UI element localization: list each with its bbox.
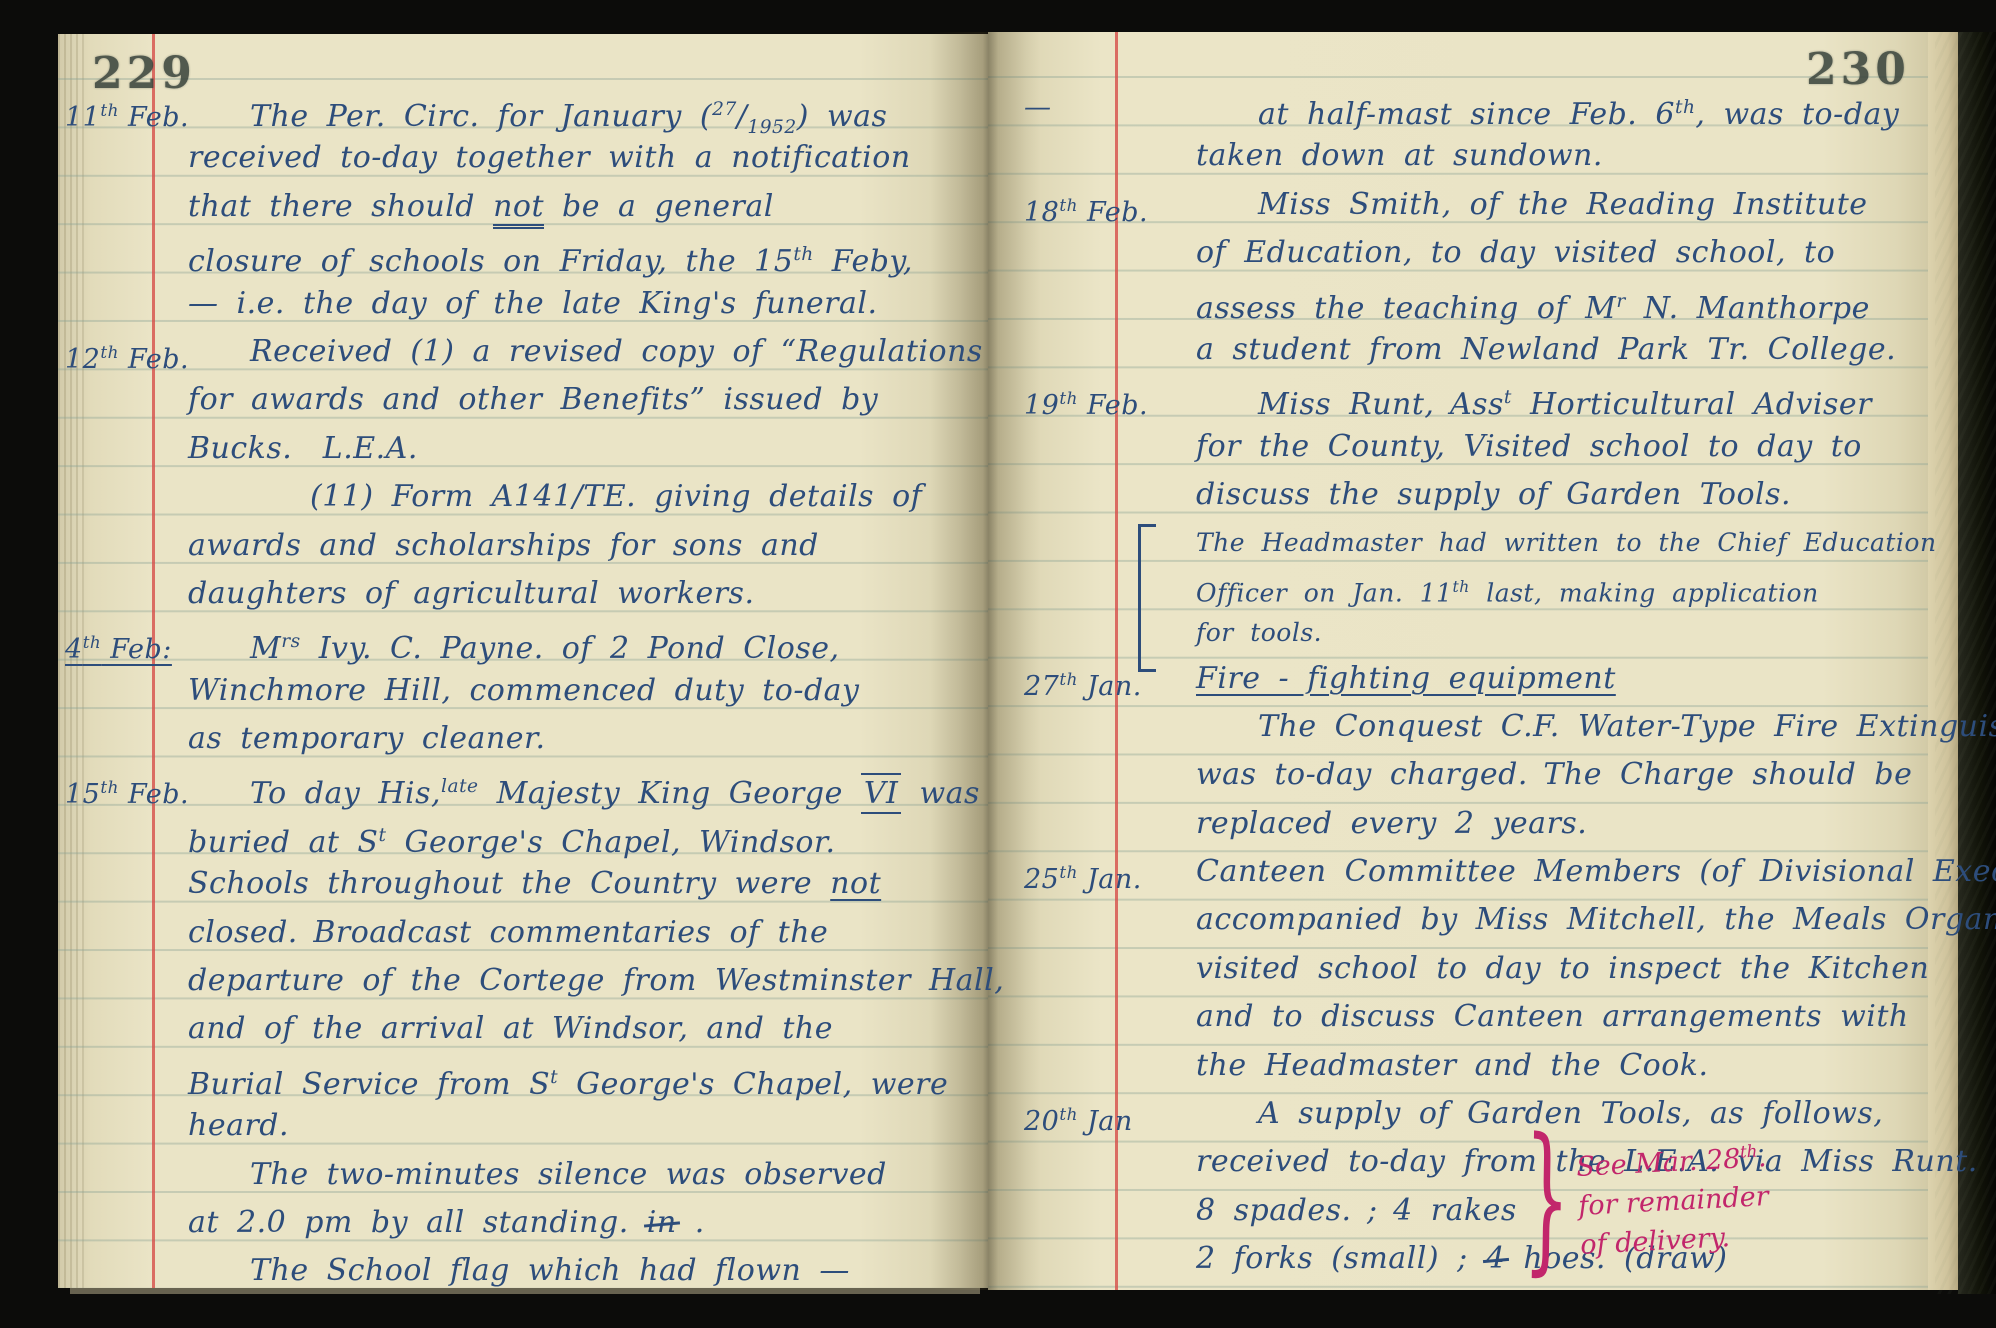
manuscript-line: assess the teaching of Mr N. Manthorpe (1196, 278, 1936, 326)
text-segment: not (493, 189, 544, 229)
manuscript-text: and of the arrival at Windsor, and the (188, 1005, 833, 1053)
text-segment: for tools. (1196, 618, 1322, 647)
text-segment: for awards and other Benefits” issued by (188, 382, 878, 417)
manuscript-text: Bucks. L.E.A. (188, 425, 418, 473)
manuscript-line: daughters of agricultural workers. (188, 570, 988, 618)
manuscript-line: a student from Newland Park Tr. College. (1196, 326, 1936, 374)
manuscript-text: at half-mast since Feb. 6th, was to-day (1258, 84, 1899, 139)
manuscript-line: and of the arrival at Windsor, and the (188, 1005, 988, 1053)
text-segment: 19 (1024, 390, 1059, 421)
text-segment: r (1616, 291, 1625, 312)
manuscript-line: heard. (188, 1102, 988, 1150)
manuscript-text: awards and scholarships for sons and (188, 522, 819, 570)
text-segment: — i.e. the day of the late King's funera… (188, 286, 878, 321)
red-annotation: See Mar. 28th.for remainderof delivery. (1575, 1131, 1772, 1265)
text-segment: M (250, 631, 281, 666)
manuscript-line: Winchmore Hill, commenced duty to-day (188, 667, 988, 715)
text-segment: Feb. (119, 779, 189, 810)
manuscript-text: taken down at sundown. (1196, 132, 1603, 180)
text-segment: Jan. (1078, 671, 1142, 702)
manuscript-text: Canteen Committee Members (of Divisional… (1196, 848, 1996, 896)
text-segment: th (1675, 97, 1695, 118)
text-segment: th (1739, 1141, 1758, 1162)
manuscript-text: 8 spades. ; 4 rakes (1196, 1187, 1517, 1235)
margin-date: 4th Feb: (65, 618, 185, 674)
manuscript-text: and to discuss Canteen arrangements with (1196, 993, 1909, 1041)
text-segment: departure of the Cortege from Westminste… (188, 963, 1004, 998)
text-segment: th (100, 100, 119, 120)
text-segment: 25 (1024, 864, 1059, 895)
text-segment: (11) Form A141/TE. giving details of (310, 479, 922, 514)
text-segment: th (1059, 862, 1078, 882)
text-segment: late (441, 776, 479, 797)
manuscript-line: buried at St George's Chapel, Windsor. (188, 812, 988, 860)
text-segment: was (901, 776, 980, 811)
manuscript-text: discuss the supply of Garden Tools. (1196, 471, 1791, 519)
text-segment: 20 (1024, 1106, 1059, 1137)
manuscript-text: heard. (188, 1102, 289, 1150)
manuscript-right: —at half-mast since Feb. 6th, was to-day… (1196, 84, 1936, 1284)
manuscript-text: — i.e. the day of the late King's funera… (188, 280, 878, 328)
margin-date: 15th Feb. (65, 763, 185, 819)
text-segment: 15 (65, 779, 100, 810)
manuscript-text: Miss Smith, of the Reading Institute (1258, 181, 1868, 229)
manuscript-line: 12th Feb.Received (1) a revised copy of … (188, 328, 988, 376)
text-segment: t (550, 1067, 558, 1088)
text-segment: Jan. (1078, 864, 1142, 895)
text-segment: Ivy. C. Payne. of 2 Pond Close, (301, 631, 840, 666)
manuscript-line: Bucks. L.E.A. (188, 425, 988, 473)
text-segment: Miss Runt, Ass (1258, 387, 1504, 422)
manuscript-line: departure of the Cortege from Westminste… (188, 957, 988, 1005)
text-segment: last, making application (1470, 578, 1819, 607)
text-segment: buried at S (188, 825, 378, 860)
text-segment: Fire - fighting equipment (1196, 661, 1616, 696)
manuscript-text: Burial Service from St George's Chapel, … (188, 1054, 948, 1109)
text-segment: a student from Newland Park Tr. College. (1196, 332, 1896, 367)
photo-frame-left (0, 0, 58, 1328)
manuscript-text: for tools. (1196, 610, 1322, 655)
manuscript-line: The Conquest C.F. Water-Type Fire Exting… (1196, 703, 1936, 751)
text-segment: 11 (65, 102, 100, 133)
text-segment: discuss the supply of Garden Tools. (1196, 477, 1791, 512)
margin-date: — (1024, 84, 1189, 132)
manuscript-text: received to-day together with a notifica… (188, 134, 911, 182)
manuscript-line: was to-day charged. The Charge should be (1196, 751, 1936, 799)
text-segment: th (1059, 195, 1078, 215)
text-segment: 8 spades. ; 4 rakes (1196, 1193, 1517, 1228)
manuscript-text: Schools throughout the Country were not (188, 860, 881, 908)
text-segment: th (1059, 388, 1078, 408)
text-segment: 27 (1024, 671, 1059, 702)
manuscript-text: accompanied by Miss Mitchell, the Meals … (1196, 896, 1996, 944)
binding-texture (1935, 0, 1996, 1328)
manuscript-line: Burial Service from St George's Chapel, … (188, 1054, 988, 1102)
manuscript-line: — i.e. the day of the late King's funera… (188, 280, 988, 328)
manuscript-text: The Headmaster had written to the Chief … (1196, 520, 1937, 565)
manuscript-text: The School flag which had flown — (250, 1247, 850, 1295)
text-segment: rs (281, 631, 300, 652)
text-segment: received to-day together with a notifica… (188, 140, 911, 175)
text-segment: George's Chapel, Windsor. (386, 825, 835, 860)
manuscript-line: Schools throughout the Country were not (188, 860, 988, 908)
margin-bracket (1138, 524, 1156, 672)
text-segment: Feb. (1078, 390, 1148, 421)
manuscript-line: for tools. (1196, 610, 1936, 655)
manuscript-text: Winchmore Hill, commenced duty to-day (188, 667, 860, 715)
manuscript-line: The two-minutes silence was observed (188, 1151, 988, 1199)
text-segment: . (1757, 1142, 1767, 1173)
manuscript-line: for the County, Visited school to day to (1196, 423, 1936, 471)
text-segment: 4 (65, 634, 83, 665)
text-segment: The Conquest C.F. Water-Type Fire Exting… (1258, 709, 1996, 744)
photo-frame-bottom (0, 1294, 1996, 1328)
manuscript-line: as temporary cleaner. (188, 715, 988, 763)
manuscript-text: for the County, Visited school to day to (1196, 423, 1862, 471)
manuscript-line: —at half-mast since Feb. 6th, was to-day (1196, 84, 1936, 132)
text-segment: closure of schools on Friday, the 15 (188, 244, 793, 279)
text-segment: 18 (1024, 197, 1059, 228)
text-segment: Majesty King George (479, 776, 861, 811)
text-segment: th (83, 632, 102, 652)
text-segment: as temporary cleaner. (188, 721, 546, 756)
manuscript-text: closed. Broadcast commentaries of the (188, 909, 828, 957)
manuscript-text: Mrs Ivy. C. Payne. of 2 Pond Close, (250, 618, 840, 673)
manuscript-line: awards and scholarships for sons and (188, 522, 988, 570)
manuscript-line: and to discuss Canteen arrangements with (1196, 993, 1936, 1041)
text-segment: Feb. (1078, 197, 1148, 228)
text-segment: not (830, 866, 881, 901)
manuscript-line: 25th Jan.Canteen Committee Members (of D… (1196, 848, 1936, 896)
manuscript-line: 15th Feb.To day His,late Majesty King Ge… (188, 763, 988, 811)
manuscript-text: replaced every 2 years. (1196, 800, 1587, 848)
manuscript-text: was to-day charged. The Charge should be (1196, 751, 1912, 799)
manuscript-left: 11th Feb.The Per. Circ. for January (27/… (188, 86, 988, 1296)
manuscript-text: Miss Runt, Asst Horticultural Adviser (1258, 374, 1872, 429)
text-segment: and to discuss Canteen arrangements with (1196, 999, 1909, 1034)
manuscript-line: 27th Jan.Fire - fighting equipment (1196, 655, 1936, 703)
manuscript-text: Fire - fighting equipment (1196, 655, 1616, 703)
margin-date: 27th Jan. (1024, 655, 1189, 711)
text-segment: Winchmore Hill, commenced duty to-day (188, 673, 860, 708)
text-segment: was to-day charged. The Charge should be (1196, 757, 1912, 792)
text-segment: Burial Service from S (188, 1067, 550, 1102)
manuscript-text: that there should not be a general (188, 183, 774, 231)
manuscript-text: Received (1) a revised copy of “Regulati… (250, 328, 983, 376)
text-segment: of Education, to day visited school, to (1196, 235, 1835, 270)
text-segment: . (677, 1205, 705, 1240)
text-segment: , was to-day (1695, 97, 1899, 132)
text-segment: To day His, (250, 776, 441, 811)
manuscript-line: closed. Broadcast commentaries of the (188, 909, 988, 957)
manuscript-line: visited school to day to inspect the Kit… (1196, 945, 1936, 993)
text-segment: th (100, 777, 119, 797)
text-segment: / (737, 99, 748, 134)
manuscript-text: as temporary cleaner. (188, 715, 546, 763)
text-segment: Officer on Jan. 11 (1196, 578, 1453, 607)
manuscript-text: closure of schools on Friday, the 15th F… (188, 231, 913, 286)
manuscript-line: 19th Feb.Miss Runt, Asst Horticultural A… (1196, 374, 1936, 422)
text-segment: daughters of agricultural workers. (188, 576, 754, 611)
text-segment: Canteen Committee Members (of Divisional… (1196, 854, 1996, 889)
text-segment: th (1059, 669, 1078, 689)
text-segment: for remainder (1578, 1181, 1770, 1222)
text-segment: 2 forks (small) ; (1196, 1241, 1486, 1276)
text-segment: Feb: (101, 634, 172, 665)
text-segment: t (1504, 387, 1512, 408)
text-segment: closed. Broadcast commentaries of the (188, 915, 828, 950)
text-segment: 12 (65, 344, 100, 375)
manuscript-line: (11) Form A141/TE. giving details of (188, 473, 988, 521)
manuscript-text: Officer on Jan. 11th last, making applic… (1196, 565, 1819, 615)
text-segment: ) was (797, 99, 888, 134)
manuscript-text: The Conquest C.F. Water-Type Fire Exting… (1258, 703, 1996, 751)
text-segment: Horticultural Adviser (1512, 387, 1872, 422)
red-brace: } (1523, 1116, 1571, 1279)
text-segment: The two-minutes silence was observed (250, 1157, 887, 1192)
text-segment: the Headmaster and the Cook. (1196, 1048, 1709, 1083)
text-segment: — (1024, 92, 1052, 123)
manuscript-line: closure of schools on Friday, the 15th F… (188, 231, 988, 279)
text-segment: 4 (1486, 1241, 1506, 1276)
text-segment: 27 (712, 99, 737, 120)
text-segment: and of the arrival at Windsor, and the (188, 1011, 833, 1046)
manuscript-text: for awards and other Benefits” issued by (188, 376, 878, 424)
text-segment: Received (1) a revised copy of “Regulati… (250, 334, 983, 369)
manuscript-line: 4th Feb:Mrs Ivy. C. Payne. of 2 Pond Clo… (188, 618, 988, 666)
manuscript-text: The two-minutes silence was observed (250, 1151, 887, 1199)
manuscript-text: visited school to day to inspect the Kit… (1196, 945, 1929, 993)
text-segment: in (647, 1205, 677, 1240)
text-segment: at half-mast since Feb. 6 (1258, 97, 1675, 132)
manuscript-line: The Headmaster had written to the Chief … (1196, 520, 1936, 565)
margin-date: 19th Feb. (1024, 374, 1189, 430)
text-segment: The Per. Circ. for January ( (250, 99, 712, 134)
text-segment: accompanied by Miss Mitchell, the Meals … (1196, 902, 1996, 937)
text-segment: VI (861, 773, 902, 814)
text-segment: th (100, 342, 119, 362)
text-segment: Feb. (119, 344, 189, 375)
text-segment: th (793, 244, 813, 265)
text-segment: Jan (1078, 1106, 1133, 1137)
logbook-photo: 229 230 11th Feb.The Per. Circ. for Janu… (0, 0, 1996, 1328)
text-segment: Miss Smith, of the Reading Institute (1258, 187, 1868, 222)
text-segment: Feby, (814, 244, 913, 279)
manuscript-text: at 2.0 pm by all standing. in . (188, 1199, 705, 1247)
text-segment: The Headmaster had written to the Chief … (1196, 528, 1937, 557)
text-segment: See Mar. 28 (1575, 1143, 1741, 1183)
text-segment: th (1059, 1104, 1078, 1124)
margin-date: 12th Feb. (65, 328, 185, 384)
text-segment: that there should (188, 189, 493, 224)
text-segment: awards and scholarships for sons and (188, 528, 819, 563)
text-segment: N. Manthorpe (1626, 291, 1870, 326)
text-segment: The School flag which had flown — (250, 1253, 850, 1288)
manuscript-line: accompanied by Miss Mitchell, the Meals … (1196, 896, 1936, 944)
manuscript-line: of Education, to day visited school, to (1196, 229, 1936, 277)
text-segment: Feb. (119, 102, 189, 133)
manuscript-text: (11) Form A141/TE. giving details of (310, 473, 922, 521)
manuscript-text: daughters of agricultural workers. (188, 570, 754, 618)
margin-date: 20th Jan (1024, 1090, 1189, 1146)
text-segment: for the County, Visited school to day to (1196, 429, 1862, 464)
photo-frame-top (0, 0, 1996, 32)
manuscript-line: The School flag which had flown — (188, 1247, 988, 1295)
text-segment: be a general (544, 189, 774, 224)
text-segment: of delivery. (1580, 1222, 1731, 1261)
manuscript-line: the Headmaster and the Cook. (1196, 1042, 1936, 1090)
text-segment: visited school to day to inspect the Kit… (1196, 951, 1929, 986)
text-segment: Bucks. L.E.A. (188, 431, 418, 466)
margin-date: 25th Jan. (1024, 848, 1189, 904)
text-segment: replaced every 2 years. (1196, 806, 1587, 841)
manuscript-text: the Headmaster and the Cook. (1196, 1042, 1709, 1090)
manuscript-text: buried at St George's Chapel, Windsor. (188, 812, 836, 867)
manuscript-text: To day His,late Majesty King George VI w… (250, 763, 980, 818)
text-segment: taken down at sundown. (1196, 138, 1603, 173)
manuscript-line: Officer on Jan. 11th last, making applic… (1196, 565, 1936, 610)
manuscript-line: for awards and other Benefits” issued by (188, 376, 988, 424)
manuscript-text: of Education, to day visited school, to (1196, 229, 1835, 277)
manuscript-line: discuss the supply of Garden Tools. (1196, 471, 1936, 519)
text-segment: George's Chapel, were (558, 1067, 948, 1102)
manuscript-line: at 2.0 pm by all standing. in . (188, 1199, 988, 1247)
manuscript-text: a student from Newland Park Tr. College. (1196, 326, 1896, 374)
manuscript-line: replaced every 2 years. (1196, 800, 1936, 848)
text-segment: assess the teaching of M (1196, 291, 1616, 326)
margin-date: 11th Feb. (65, 86, 185, 142)
text-segment: heard. (188, 1108, 289, 1143)
manuscript-line: 11th Feb.The Per. Circ. for January (27/… (188, 86, 988, 134)
manuscript-text: assess the teaching of Mr N. Manthorpe (1196, 278, 1870, 333)
manuscript-line: that there should not be a general (188, 183, 988, 231)
manuscript-line: 18th Feb.Miss Smith, of the Reading Inst… (1196, 181, 1936, 229)
text-segment: th (1453, 578, 1470, 596)
manuscript-line: received to-day together with a notifica… (188, 134, 988, 182)
manuscript-text: departure of the Cortege from Westminste… (188, 957, 1004, 1005)
manuscript-line: taken down at sundown. (1196, 132, 1936, 180)
text-segment: at 2.0 pm by all standing. (188, 1205, 647, 1240)
margin-date: 18th Feb. (1024, 181, 1189, 237)
text-segment: Schools throughout the Country were (188, 866, 830, 901)
